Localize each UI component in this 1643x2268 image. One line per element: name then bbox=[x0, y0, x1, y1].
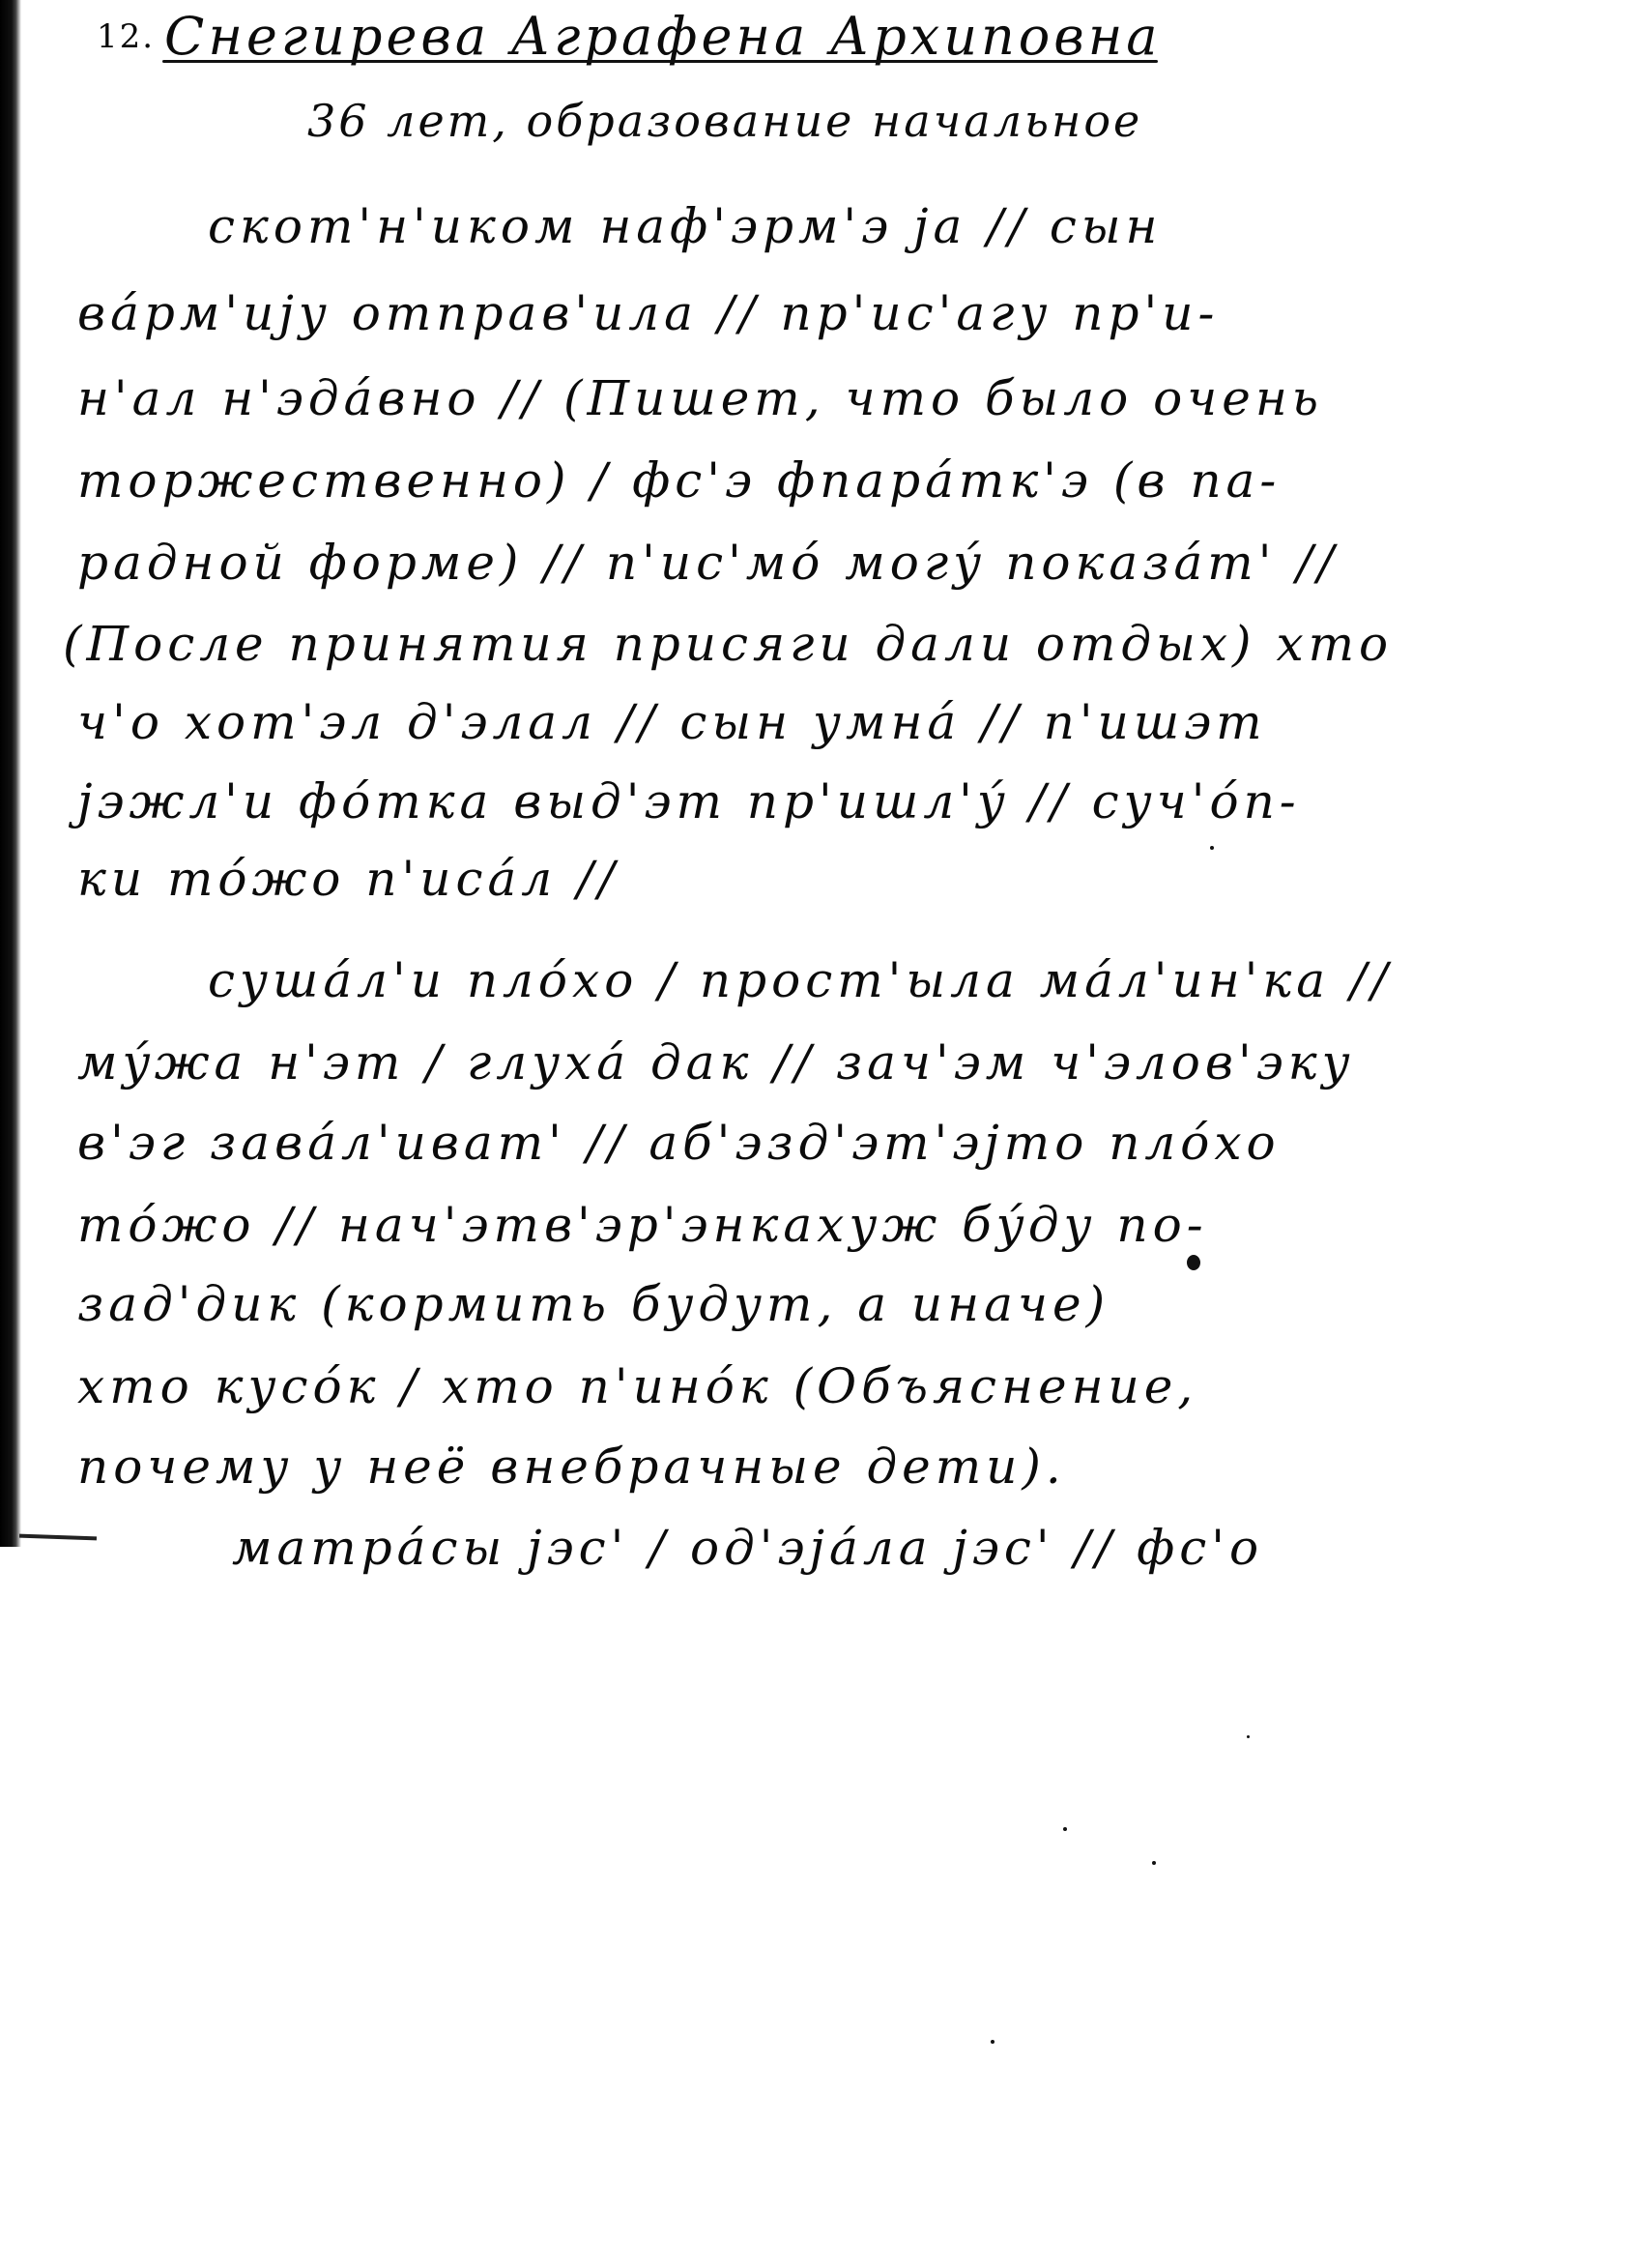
speaker-name: Снегирева Аграфена Архиповна bbox=[164, 6, 1162, 67]
text-line: торжественно) / фс'э фпарáтк'э (в па- bbox=[77, 452, 1281, 509]
ink-blot bbox=[1187, 1255, 1200, 1270]
text-line: jэжл'и фóтка выд'эт пр'ишл'ý // суч'óп- bbox=[77, 773, 1301, 829]
speaker-details: 36 лет, образование начальное bbox=[307, 95, 1142, 147]
text-line: н'ал н'эдáвно // (Пишет, что было очень bbox=[77, 370, 1323, 426]
text-line: тóжо // нач'этв'эр'энкахуж бýду по- bbox=[77, 1197, 1208, 1253]
entry-number: 12. bbox=[97, 17, 155, 56]
manuscript-page: 12. Снегирева Аграфена Архиповна 36 лет,… bbox=[0, 0, 1643, 2268]
binding-edge bbox=[0, 0, 21, 1547]
text-line: почему у неё внебрачные дети). bbox=[77, 1439, 1066, 1495]
text-line: матрáсы jэс' / од'эjáла jэс' // фс'о bbox=[232, 1520, 1263, 1576]
text-line: вáрм'иjу отправ'ила // пр'ис'агу пр'и- bbox=[77, 285, 1219, 341]
name-underline bbox=[162, 60, 1158, 63]
binding-edge-mark bbox=[19, 1534, 97, 1541]
text-line: в'эг завáл'иват' // аб'эзд'эт'эjто плóхо bbox=[77, 1115, 1281, 1171]
text-line: зад'дик (кормить будут, а иначе) bbox=[77, 1276, 1110, 1332]
text-line: скот'н'иком наф'эрм'э ja // сын bbox=[208, 198, 1163, 254]
text-line: (После принятия присяги дали отдых) хто bbox=[63, 616, 1393, 672]
ink-speck bbox=[1152, 1861, 1156, 1865]
ink-speck bbox=[1247, 1735, 1250, 1738]
ink-speck bbox=[991, 2040, 994, 2044]
text-line: хто кусóк / хто п'инóк (Объяснение, bbox=[77, 1358, 1197, 1414]
ink-speck bbox=[1063, 1827, 1067, 1831]
text-line: сушáл'и плóхо / прост'ыла мáл'ин'ка // bbox=[208, 952, 1393, 1008]
text-line: ки тóжо п'исáл // bbox=[77, 851, 620, 907]
text-line: ч'о хот'эл д'элал // сын умнá // п'ишэт bbox=[77, 694, 1267, 750]
text-line: мýжа н'эт / глухá дак // зач'эм ч'элов'э… bbox=[77, 1034, 1355, 1090]
ink-speck bbox=[1210, 846, 1214, 850]
text-line: радной форме) // п'ис'мó могý показáт' /… bbox=[77, 535, 1339, 591]
